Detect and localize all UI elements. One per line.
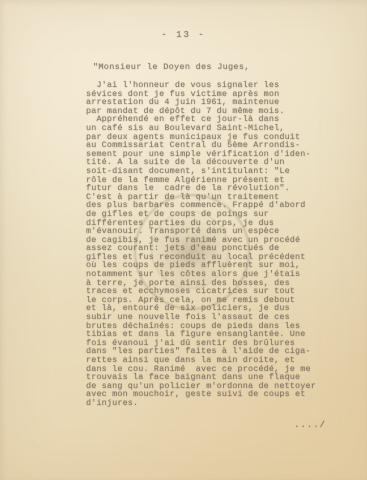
letter-page: - 13 - "Monsieur le Doyen des Juges, J'a…	[0, 0, 367, 480]
salutation-line: "Monsieur le Doyen des Juges,	[93, 62, 250, 72]
letter-body-text: J'ai l'honneur de vous signaler les sévi…	[86, 81, 316, 408]
continuation-mark: ..../	[294, 420, 326, 430]
page-number: - 13 -	[0, 30, 367, 40]
